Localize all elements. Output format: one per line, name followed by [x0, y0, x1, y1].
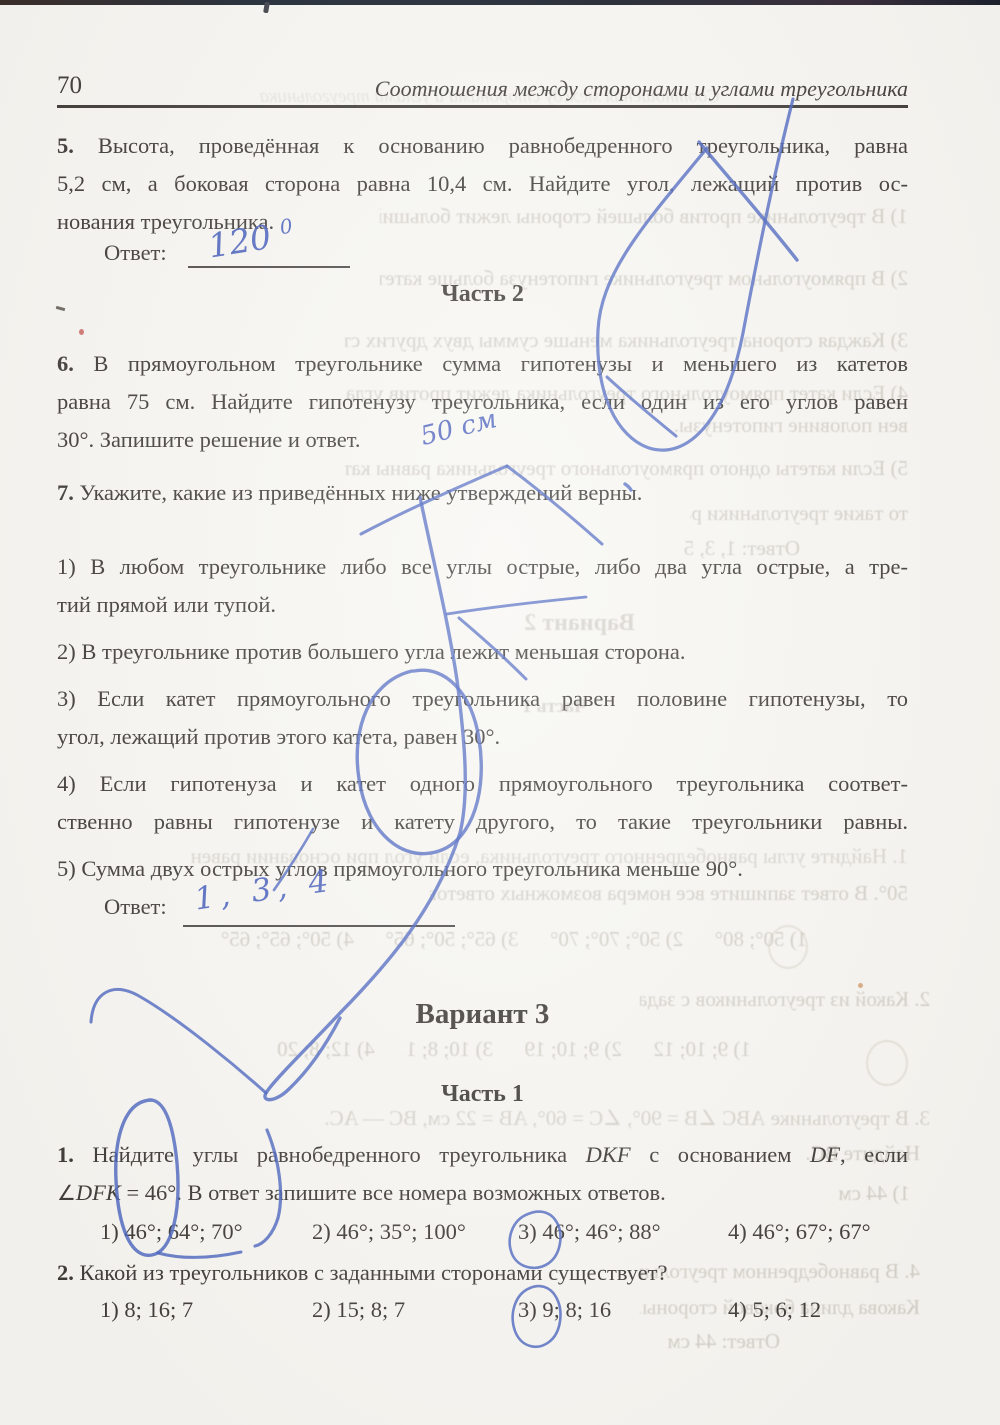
- ink-speck: [263, 2, 270, 14]
- problem-1-number: 1.: [57, 1142, 74, 1167]
- bleedthrough-line: Ответ: 44 см: [600, 1328, 780, 1354]
- answer-label: Ответ:: [104, 240, 167, 266]
- problem-2-option-2: 2) 15; 8; 7: [312, 1297, 405, 1323]
- variant-3-heading: Вариант 3: [57, 998, 908, 1031]
- statement-text: угол, лежащий против этого катета, равен…: [57, 724, 500, 749]
- statement-1-line-2: тий прямой или тупой.: [57, 590, 908, 620]
- page-number: 70: [57, 72, 82, 100]
- part-1-heading: Часть 1: [57, 1081, 908, 1108]
- header-rule: [57, 105, 908, 108]
- bleedthrough-line: 3. В треугольнике ABC ∠B = 90°, ∠C = 60°…: [95, 1105, 930, 1131]
- problem-1-text: с основанием: [631, 1142, 810, 1167]
- handwritten-text: 120: [205, 217, 273, 265]
- statement-text: ственно равны гипотенузе и катету другог…: [57, 809, 908, 834]
- problem-1-option-2: 2) 46°; 35°; 100°: [312, 1219, 466, 1245]
- problem-1-text: = 46°. В ответ запишите все номера возмо…: [121, 1180, 666, 1205]
- problem-5-text: Высота, проведённая к основанию равнобед…: [74, 133, 908, 158]
- statement-5: 5) Сумма двух острых углов прямоугольног…: [57, 854, 908, 884]
- problem-1-text: Найдите углы равнобедренного треугольник…: [74, 1142, 586, 1167]
- problem-2-option-3: 3) 9; 8; 16: [518, 1297, 611, 1323]
- part-2-heading: Часть 2: [57, 281, 908, 308]
- statement-1-line-1: 1) В любом треугольнике либо все углы ос…: [57, 552, 908, 582]
- statement-text: 5) Сумма двух острых углов прямоугольног…: [57, 856, 743, 881]
- statement-4-line-1: 4) Если гипотенуза и катет одного прямоу…: [57, 769, 908, 799]
- running-head: Соотношения между сторонами и углами тре…: [160, 76, 908, 102]
- problem-7-line-1: 7. Укажите, какие из приведённых ниже ут…: [57, 478, 908, 508]
- statement-3-line-1: 3) Если катет прямоугольного треугольник…: [57, 684, 908, 714]
- problem-1-line-2: ∠DFK = 46°. В ответ запишите все номера …: [57, 1178, 908, 1208]
- problem-2-number: 2.: [57, 1260, 74, 1285]
- pen-stroke-ellipse-tail: [158, 1252, 241, 1257]
- problem-5-text: 5,2 см, а боковая сторона равна 10,4 см.…: [57, 171, 908, 196]
- statement-3-line-2: угол, лежащий против этого катета, равен…: [57, 722, 908, 752]
- statement-text: 4) Если гипотенуза и катет одного прямоу…: [57, 771, 908, 796]
- problem-5-line-1: 5. Высота, проведённая к основанию равно…: [57, 131, 908, 161]
- problem-2-option-4: 4) 5; 6; 12: [728, 1297, 821, 1323]
- problem-6-text: 30°. Запишите решение и ответ.: [57, 427, 361, 452]
- problem-1-line-1: 1. Найдите углы равнобедренного треуголь…: [57, 1140, 908, 1170]
- bleedthrough-circle: [768, 925, 808, 969]
- problem-6-number: 6.: [57, 351, 74, 376]
- problem-7-number: 7.: [57, 480, 74, 505]
- problem-1-option-1: 1) 46°; 64°; 70°: [100, 1219, 243, 1245]
- answer-label: Ответ:: [104, 894, 167, 920]
- bleedthrough-circle: [866, 1040, 908, 1086]
- bleedthrough-line: 1) 9; 10; 12 2) 9; 10; 19 3) 10; 8; 1 4)…: [120, 1036, 908, 1062]
- statement-text: тий прямой или тупой.: [57, 592, 276, 617]
- statement-2: 2) В треугольнике против большего угла л…: [57, 637, 908, 667]
- math-var-DFK: DFK: [76, 1180, 121, 1205]
- problem-1-option-4: 4) 46°; 67°; 67°: [728, 1219, 871, 1245]
- problem-5-line-3: нования треугольника.: [57, 207, 908, 237]
- answer-blank-line: [183, 925, 455, 927]
- math-var-DF: DF: [810, 1142, 840, 1167]
- scanner-edge-strip: [0, 0, 1000, 5]
- red-speck: [79, 329, 84, 335]
- angle-symbol: ∠: [57, 1181, 76, 1205]
- statement-text: 3) Если катет прямоугольного треугольник…: [57, 686, 908, 711]
- problem-6-text: В прямоугольном треугольнике сумма гипот…: [74, 351, 908, 376]
- problem-1-text: , если: [840, 1142, 908, 1167]
- problem-2-line-1: 2. Какой из треугольников с заданными ст…: [57, 1258, 908, 1288]
- scanned-workbook-page: Соотношения между сторонами и углами тре…: [0, 0, 1000, 1425]
- statement-text: 1) В любом треугольнике либо все углы ос…: [57, 554, 908, 579]
- problem-1-option-3: 3) 46°; 46°; 88°: [518, 1219, 661, 1245]
- problem-6-line-1: 6. В прямоугольном треугольнике сумма ги…: [57, 349, 908, 379]
- problem-5-line-2: 5,2 см, а боковая сторона равна 10,4 см.…: [57, 169, 908, 199]
- statement-text: 2) В треугольнике против большего угла л…: [57, 639, 686, 664]
- statement-4-line-2: ственно равны гипотенузе и катету другог…: [57, 807, 908, 837]
- problem-7-text: Укажите, какие из приведённых ниже утвер…: [74, 480, 643, 505]
- answer-blank-line: [188, 266, 350, 268]
- problem-2-option-1: 1) 8; 16; 7: [100, 1297, 193, 1323]
- problem-2-text: Какой из треугольников с заданными сторо…: [74, 1260, 668, 1285]
- math-var-DKF: DKF: [586, 1142, 631, 1167]
- problem-5-number: 5.: [57, 133, 74, 158]
